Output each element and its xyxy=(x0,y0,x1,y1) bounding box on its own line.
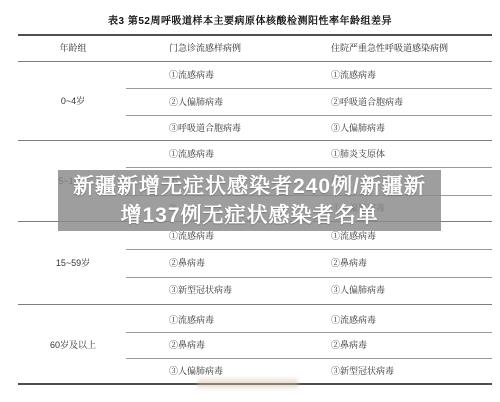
divider-line xyxy=(126,277,492,278)
pathogen-cell: ①流感病毒 xyxy=(169,69,214,81)
overlay-text-line1: 新疆新增无症状感染者240例/新疆新 xyxy=(73,172,426,201)
divider-line xyxy=(126,332,492,333)
pathogen-cell: ②呼吸道合胞病毒 xyxy=(331,96,403,108)
col-header-age: 年龄组 xyxy=(18,42,128,54)
divider-top-border xyxy=(18,34,492,36)
pathogen-cell: ②鼻病毒 xyxy=(169,257,205,269)
pathogen-cell: ③人偏肺病毒 xyxy=(331,122,385,134)
pathogen-cell: ①流感病毒 xyxy=(169,314,214,326)
page-title: 表3 第52周呼吸道样本主要病原体核酸检测阳性率年龄组差异 xyxy=(0,12,500,27)
divider-group xyxy=(18,304,492,305)
watermark-smudge xyxy=(198,379,298,388)
pathogen-cell: ①流感病毒 xyxy=(331,314,376,326)
pathogen-cell: ①流感病毒 xyxy=(331,69,376,81)
pathogen-cell: ③新型冠状病毒 xyxy=(169,284,232,296)
age-group-label: 0~4岁 xyxy=(18,95,128,107)
age-group-label: 15~59岁 xyxy=(18,257,128,269)
pathogen-cell: ③人偏肺病毒 xyxy=(169,365,223,377)
divider-line xyxy=(126,249,492,250)
overlay-text-line2: 增137例无症状感染者名单 xyxy=(120,201,378,230)
divider-group xyxy=(18,140,492,141)
table-image: 表3 第52周呼吸道样本主要病原体核酸检测阳性率年龄组差异 年龄组 门急诊流感样… xyxy=(0,0,500,402)
pathogen-cell: ②鼻病毒 xyxy=(169,339,205,351)
pathogen-cell: ②鼻病毒 xyxy=(331,257,367,269)
pathogen-cell: ①肺炎支原体 xyxy=(331,148,385,160)
overlay-banner: 新疆新增无症状感染者240例/新疆新 增137例无症状感染者名单 xyxy=(58,170,441,231)
pathogen-cell: ①流感病毒 xyxy=(169,148,214,160)
pathogen-cell: ③呼吸道合胞病毒 xyxy=(169,122,241,134)
pathogen-cell: ②人偏肺病毒 xyxy=(169,96,223,108)
pathogen-cell: ①流感病毒 xyxy=(169,230,214,242)
pathogen-cell: ①流感病毒 xyxy=(331,230,376,242)
divider-line xyxy=(126,358,492,359)
pathogen-cell: ②鼻病毒 xyxy=(331,339,367,351)
divider-line xyxy=(126,115,492,116)
divider-header xyxy=(18,61,492,62)
age-group-label: 60岁及以上 xyxy=(18,339,128,351)
col-header-outpatient: 门急诊流感样病例 xyxy=(169,42,241,54)
pathogen-cell: ③新型冠状病毒 xyxy=(331,365,394,377)
pathogen-cell: ③人偏肺病毒 xyxy=(331,284,385,296)
divider-line xyxy=(126,167,492,168)
divider-line xyxy=(126,88,492,89)
col-header-inpatient: 住院严重急性呼吸道感染病例 xyxy=(331,42,448,54)
